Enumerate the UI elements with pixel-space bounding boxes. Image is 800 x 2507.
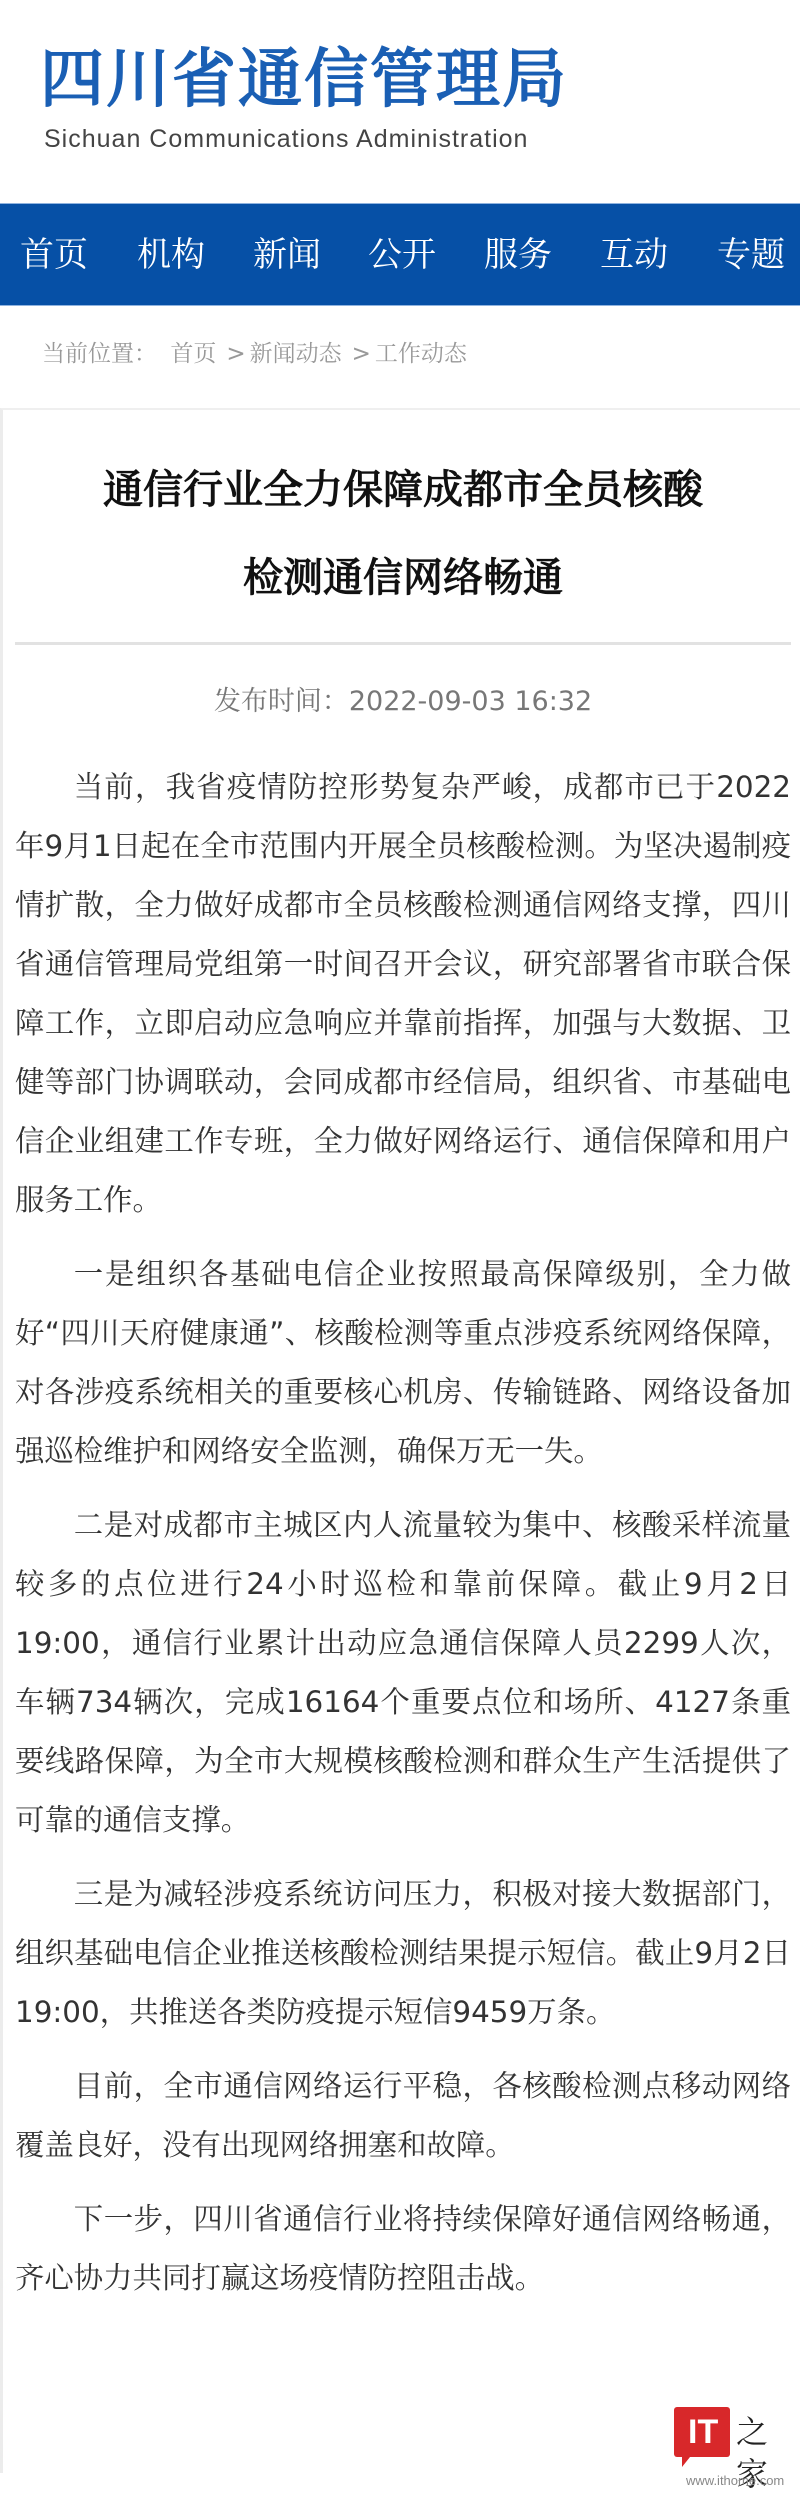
breadcrumb-link-home[interactable]: 首页: [170, 341, 216, 367]
article-paragraph: 下一步，四川省通信行业将持续保障好通信网络畅通，齐心协力共同打赢这场疫情防控阻击…: [15, 2190, 791, 2308]
nav-item-news[interactable]: 新闻: [253, 234, 321, 276]
nav-item-services[interactable]: 服务: [484, 234, 552, 276]
breadcrumb-link-work-news[interactable]: 工作动态: [375, 341, 467, 367]
nav-item-interaction[interactable]: 互动: [600, 234, 668, 276]
nav-item-organization[interactable]: 机构: [137, 234, 205, 276]
ithome-logo-text: IT: [688, 2411, 718, 2453]
article-title-line: 检测通信网络畅通: [3, 534, 800, 622]
nav-item-topics[interactable]: 专题: [717, 234, 785, 276]
article-body: 当前，我省疫情防控形势复杂严峻，成都市已于2022年9月1日起在全市范围内开展全…: [15, 758, 791, 2323]
nav-item-disclosure[interactable]: 公开: [368, 234, 436, 276]
site-logo-title[interactable]: 四川省通信管理局: [40, 42, 568, 118]
article-title: 通信行业全力保障成都市全员核酸 检测通信网络畅通: [3, 446, 800, 622]
breadcrumb-separator: >: [226, 341, 245, 367]
publish-date: 发布时间：2022-09-03 16:32: [3, 682, 800, 722]
article-paragraph: 二是对成都市主城区内人流量较为集中、核酸采样流量较多的点位进行24小时巡检和靠前…: [15, 1496, 791, 1850]
site-header: 四川省通信管理局 Sichuan Communications Administ…: [0, 0, 800, 203]
site-logo-subtitle: Sichuan Communications Administration: [44, 124, 528, 154]
article-title-line: 通信行业全力保障成都市全员核酸: [3, 446, 800, 534]
article-paragraph: 一是组织各基础电信企业按照最高保障级别，全力做好“四川天府健康通”、核酸检测等重…: [15, 1245, 791, 1481]
article-panel: 通信行业全力保障成都市全员核酸 检测通信网络畅通 发布时间：2022-09-03…: [0, 408, 800, 2473]
publish-date-label: 发布时间：: [214, 686, 349, 717]
ithome-watermark: IT 之家 www.ithome.com: [666, 2407, 796, 2499]
breadcrumb-link-news[interactable]: 新闻动态: [250, 341, 342, 367]
breadcrumb-prefix: 当前位置：: [42, 341, 157, 367]
article-paragraph: 三是为减轻涉疫系统访问压力，积极对接大数据部门，组织基础电信企业推送核酸检测结果…: [15, 1865, 791, 2042]
ithome-url: www.ithome.com: [686, 2473, 784, 2488]
article-paragraph: 目前，全市通信网络运行平稳，各核酸检测点移动网络覆盖良好，没有出现网络拥塞和故障…: [15, 2057, 791, 2175]
ithome-logo-icon: IT: [674, 2407, 730, 2457]
publish-date-value: 2022-09-03 16:32: [349, 686, 592, 717]
nav-item-home[interactable]: 首页: [20, 234, 88, 276]
title-divider: [15, 642, 791, 645]
main-nav: 首页 机构 新闻 公开 服务 互动 专题: [0, 203, 800, 306]
article-paragraph: 当前，我省疫情防控形势复杂严峻，成都市已于2022年9月1日起在全市范围内开展全…: [15, 758, 791, 1230]
breadcrumb: 当前位置： 首页>新闻动态>工作动态: [42, 338, 473, 370]
breadcrumb-separator: >: [352, 341, 371, 367]
